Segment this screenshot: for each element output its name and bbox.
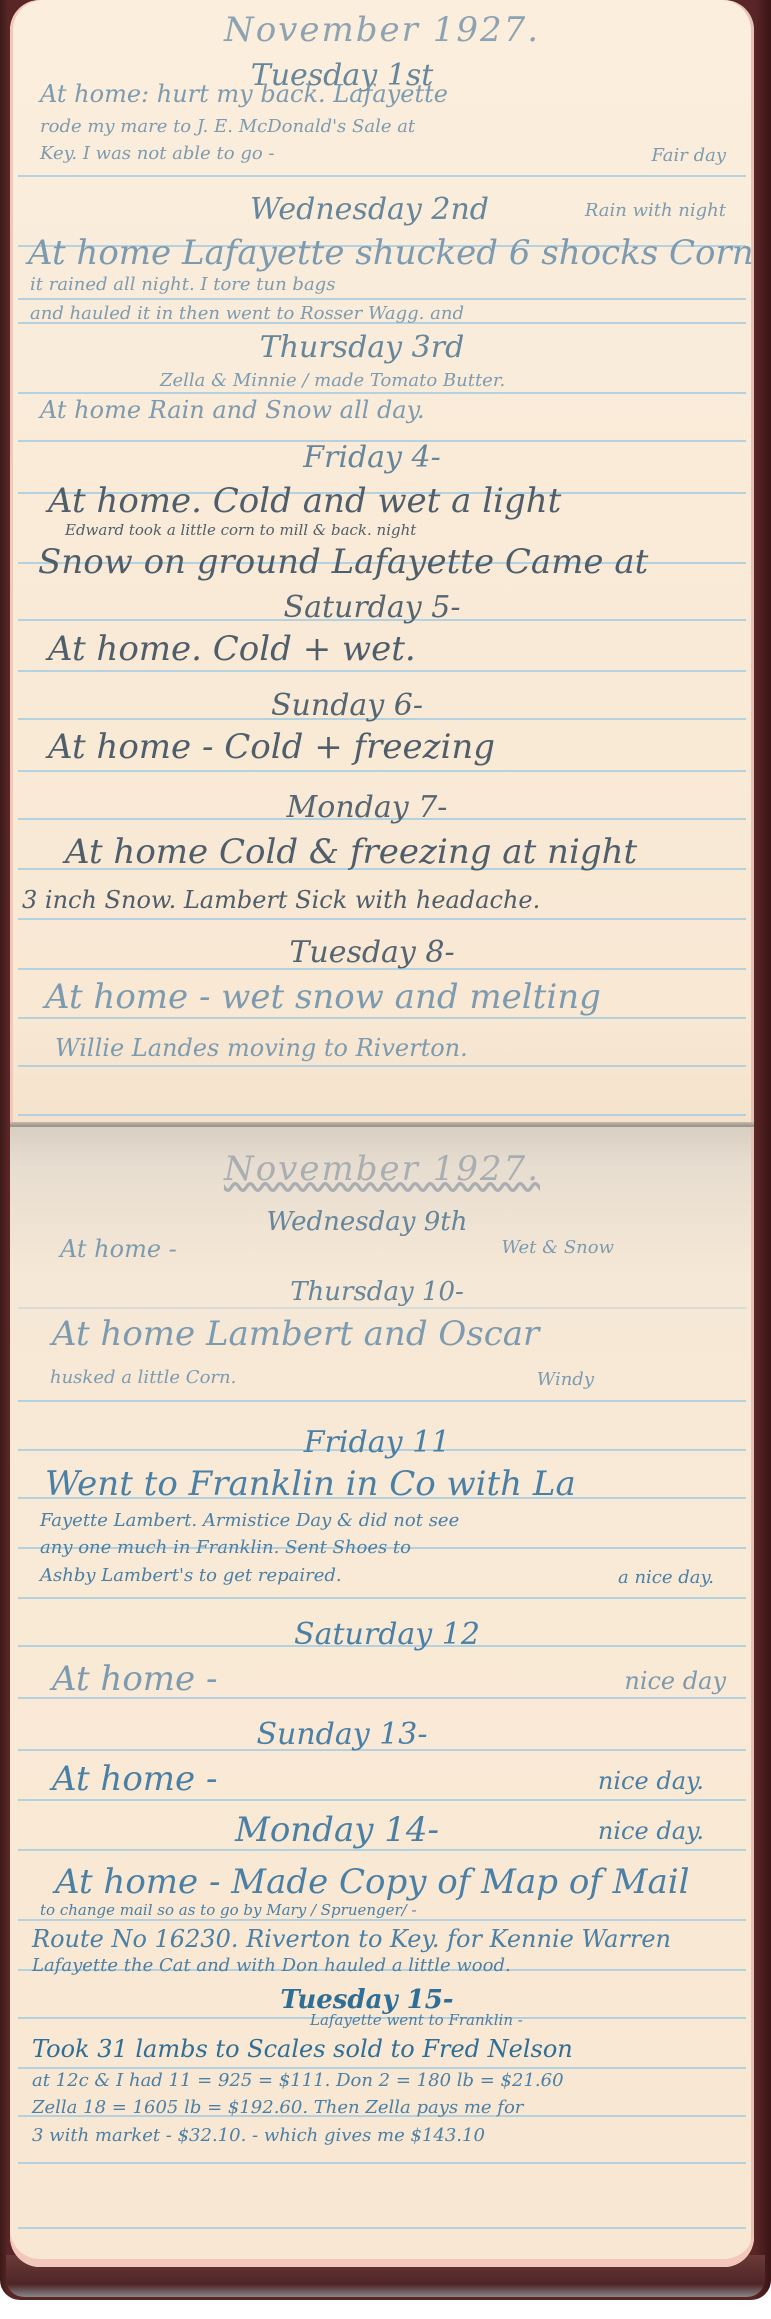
weather-note: Wet & Snow: [501, 1237, 614, 1258]
entry-line: Took 31 lambs to Scales sold to Fred Nel…: [32, 2037, 734, 2061]
entry-line: Zella 18 = 1605 lb = $192.60. Then Zella…: [32, 2099, 734, 2117]
ruled-line: [18, 1307, 746, 1309]
entry-line: any one much in Franklin. Sent Shoes to: [40, 1539, 734, 1557]
ruled-line: [18, 392, 746, 394]
entry-line: Lafayette the Cat and with Don hauled a …: [32, 1957, 734, 1975]
ruled-line: [18, 2067, 746, 2069]
ruled-line: [18, 1799, 746, 1801]
month-heading: November 1927.: [10, 10, 754, 50]
day-heading: Sunday 13-: [10, 1717, 754, 1752]
entry-line: At home: hurt my back. Lafayette: [40, 82, 734, 106]
ruled-line: [18, 175, 746, 177]
weather-note: nice day.: [598, 1767, 704, 1795]
entry-line: At home Lambert and Oscar: [52, 1317, 734, 1351]
entry-line: At home -: [60, 1237, 734, 1261]
ruled-line: [18, 670, 746, 672]
ruled-line: [18, 1919, 746, 1921]
entry-line: At home Rain and Snow all day.: [40, 398, 734, 422]
entry-line: husked a little Corn.: [50, 1369, 734, 1387]
entry-line: Fayette Lambert. Armistice Day & did not…: [40, 1512, 734, 1530]
entry-line: Key. I was not able to go -: [40, 145, 734, 163]
entry-line: At home. Cold and wet a light: [48, 484, 734, 518]
day-heading: Saturday 12: [20, 1617, 754, 1652]
ruled-line: [18, 1400, 746, 1402]
weather-note: Rain with night: [585, 200, 726, 221]
entry-line: At home - Made Copy of Map of Mail: [55, 1865, 734, 1899]
month-heading: November 1927.: [10, 1149, 754, 1189]
entry-line: to change mail so as to go by Mary / Spr…: [40, 1903, 734, 1918]
day-heading: Friday 11: [10, 1425, 754, 1460]
entry-note-above: Lafayette went to Franklin -: [310, 2013, 734, 2028]
entry-note-above: Zella & Minnie / made Tomato Butter.: [160, 372, 734, 390]
day-heading: Monday 7-: [10, 790, 754, 825]
weather-note: a nice day.: [618, 1567, 714, 1588]
entry-line: 3 with market - $32.10. - which gives me…: [32, 2127, 734, 2145]
entry-line: At home Lafayette shucked 6 shocks Corn: [28, 236, 734, 270]
ruled-line: [18, 770, 746, 772]
ruled-line: [18, 1114, 746, 1116]
entry-line: Snow on ground Lafayette Came at: [38, 545, 734, 579]
entry-line: 3 inch Snow. Lambert Sick with headache.: [22, 888, 734, 912]
day-heading: Thursday 10-: [10, 1277, 754, 1307]
ruled-line: [18, 1597, 746, 1599]
ruled-line: [18, 2227, 746, 2229]
entry-line: Route No 16230. Riverton to Key. for Ken…: [32, 1927, 734, 1951]
entry-line: At home - wet snow and melting: [45, 980, 734, 1014]
day-heading: Thursday 3rd: [10, 330, 754, 365]
weather-note: nice day.: [598, 1817, 704, 1845]
day-heading: Friday 4-: [10, 440, 754, 475]
entry-line: Willie Landes moving to Riverton.: [55, 1036, 734, 1060]
entry-line: at 12c & I had 11 = 925 = $111. Don 2 = …: [32, 2072, 734, 2090]
entry-line: rode my mare to J. E. McDonald's Sale at: [40, 118, 734, 136]
entry-line: At home - Cold + freezing: [48, 730, 734, 764]
day-heading: Wednesday 9th: [10, 1207, 754, 1237]
entry-note-between: Edward took a little corn to mill & back…: [65, 523, 734, 538]
entry-line: At home. Cold + wet.: [48, 632, 734, 666]
day-heading: Saturday 5-: [10, 590, 754, 625]
day-heading: Tuesday 8-: [10, 935, 754, 970]
entry-line: it rained all night. I tore tun bags: [30, 276, 734, 294]
weather-note: Windy: [537, 1369, 594, 1390]
diary-page-top: November 1927. Tuesday 1st At home: hurt…: [10, 0, 754, 1125]
ruled-line: [18, 918, 746, 920]
ruled-line: [18, 2162, 746, 2164]
weather-note: nice day: [624, 1667, 726, 1695]
weather-note: Fair day: [651, 145, 726, 166]
ruled-line: [18, 1017, 746, 1019]
day-heading: Sunday 6-: [10, 688, 754, 723]
diary-page-bottom: November 1927. Wednesday 9th At home - W…: [10, 1127, 754, 2267]
entry-line: Went to Franklin in Co with La: [45, 1467, 734, 1501]
ruled-line: [18, 1065, 746, 1067]
entry-line: and hauled it in then went to Rosser Wag…: [30, 305, 734, 323]
entry-line: At home Cold & freezing at night: [65, 835, 734, 869]
ruled-line: [18, 298, 746, 300]
